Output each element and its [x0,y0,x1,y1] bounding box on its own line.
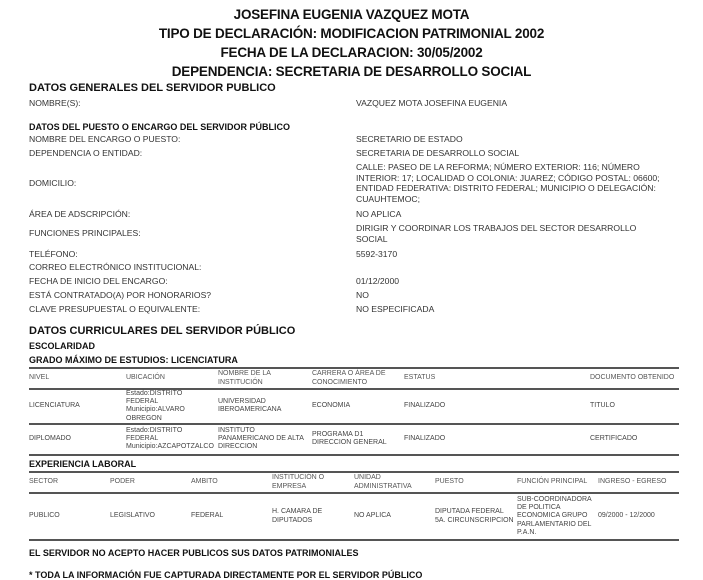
cell: Estado:DISTRITO FEDERAL Municipio:ALVARO… [126,389,218,424]
cell: SUB-COORDINADORA DE POLITICA ECONOMICA G… [517,493,598,540]
cell: LICENCIATURA [29,389,126,424]
cell: FINALIZADO [404,424,498,455]
field-label: TELÉFONO: [29,249,78,259]
field-label: DEPENDENCIA O ENTIDAD: [29,148,142,158]
table-row: LICENCIATURA Estado:DISTRITO FEDERAL Mun… [29,389,679,424]
table-header-row: SECTOR PODER AMBITO INSTITUCIÓN O EMPRES… [29,472,679,493]
col-header: AMBITO [191,472,272,493]
field-value: NO [356,290,676,301]
field-value: SECRETARIO DE ESTADO [356,134,676,145]
col-header [498,368,590,389]
col-header: PUESTO [435,472,517,493]
cell: PUBLICO [29,493,110,540]
col-header: ESTATUS [404,368,498,389]
servidor-name: JOSEFINA EUGENIA VAZQUEZ MOTA [0,5,703,24]
field-label: NOMBRE(S): [29,98,81,108]
field-value: CALLE: PASEO DE LA REFORMA; NÚMERO EXTER… [356,162,676,204]
cell: DIPLOMADO [29,424,126,455]
field-label: ÁREA DE ADSCRIPCIÓN: [29,209,130,219]
escolaridad-label: ESCOLARIDAD [29,341,95,351]
field-value: NO ESPECIFICADA [356,304,676,315]
cell: UNIVERSIDAD IBEROAMERICANA [218,389,312,424]
field-value: DIRIGIR Y COORDINAR LOS TRABAJOS DEL SEC… [356,223,656,244]
cell [498,424,590,455]
field-value: NO APLICA [356,209,676,220]
section-title-curriculares: DATOS CURRICULARES DEL SERVIDOR PÚBLICO [29,325,295,337]
document-header: JOSEFINA EUGENIA VAZQUEZ MOTA TIPO DE DE… [0,0,703,81]
note-captura: * TODA LA INFORMACIÓN FUE CAPTURADA DIRE… [29,570,422,580]
experiencia-table: SECTOR PODER AMBITO INSTITUCIÓN O EMPRES… [29,471,679,541]
cell: LEGISLATIVO [110,493,191,540]
field-value: SECRETARIA DE DESARROLLO SOCIAL [356,148,676,159]
section-title-datos-generales: DATOS GENERALES DEL SERVIDOR PUBLICO [29,82,276,94]
section-title-puesto: DATOS DEL PUESTO O ENCARGO DEL SERVIDOR … [29,122,290,132]
cell: TITULO [590,389,679,424]
col-header: SECTOR [29,472,110,493]
field-label: ESTÁ CONTRATADO(A) POR HONORARIOS? [29,290,211,300]
cell: PROGRAMA D1 DIRECCION GENERAL [312,424,404,455]
col-header: INGRESO - EGRESO [598,472,679,493]
table-header-row: NIVEL UBICACIÓN NOMBRE DE LA INSTITUCIÓN… [29,368,679,389]
field-label: FUNCIONES PRINCIPALES: [29,228,141,238]
cell: Estado:DISTRITO FEDERAL Municipio:AZCAPO… [126,424,218,455]
table-row: DIPLOMADO Estado:DISTRITO FEDERAL Munici… [29,424,679,455]
escolaridad-table: NIVEL UBICACIÓN NOMBRE DE LA INSTITUCIÓN… [29,367,679,456]
field-label: DOMICILIO: [29,178,76,188]
col-header: NOMBRE DE LA INSTITUCIÓN [218,368,312,389]
field-label: CLAVE PRESUPUESTAL O EQUIVALENTE: [29,304,200,314]
field-value: 5592-3170 [356,249,676,260]
table-row: PUBLICO LEGISLATIVO FEDERAL H. CAMARA DE… [29,493,679,540]
col-header: PODER [110,472,191,493]
field-label: FECHA DE INICIO DEL ENCARGO: [29,276,168,286]
col-header: FUNCIÓN PRINCIPAL [517,472,598,493]
col-header: NIVEL [29,368,126,389]
cell: DIPUTADA FEDERAL 5A. CIRCUNSCRIPCION [435,493,517,540]
cell: FEDERAL [191,493,272,540]
col-header: UNIDAD ADMINISTRATIVA [354,472,435,493]
grado-maximo: GRADO MÁXIMO DE ESTUDIOS: LICENCIATURA [29,355,238,365]
cell: FINALIZADO [404,389,498,424]
cell: ECONOMIA [312,389,404,424]
note-patrimoniales: EL SERVIDOR NO ACEPTO HACER PUBLICOS SUS… [29,548,359,558]
dependencia: DEPENDENCIA: SECRETARIA DE DESARROLLO SO… [0,62,703,81]
cell: H. CAMARA DE DIPUTADOS [272,493,354,540]
field-label: CORREO ELECTRÓNICO INSTITUCIONAL: [29,262,201,272]
col-header: CARRERA O ÁREA DE CONOCIMIENTO [312,368,404,389]
cell: NO APLICA [354,493,435,540]
col-header: DOCUMENTO OBTENIDO [590,368,679,389]
field-value: 01/12/2000 [356,276,676,287]
field-value: VAZQUEZ MOTA JOSEFINA EUGENIA [356,98,676,109]
cell: INSTITUTO PANAMERICANO DE ALTA DIRECCION [218,424,312,455]
col-header: INSTITUCIÓN O EMPRESA [272,472,354,493]
section-title-experiencia: EXPERIENCIA LABORAL [29,459,136,469]
cell: 09/2000 - 12/2000 [598,493,679,540]
cell: CERTIFICADO [590,424,679,455]
fecha-declaracion: FECHA DE LA DECLARACION: 30/05/2002 [0,43,703,62]
field-label: NOMBRE DEL ENCARGO O PUESTO: [29,134,180,144]
col-header: UBICACIÓN [126,368,218,389]
tipo-declaracion: TIPO DE DECLARACIÓN: MODIFICACION PATRIM… [0,24,703,43]
cell [498,389,590,424]
